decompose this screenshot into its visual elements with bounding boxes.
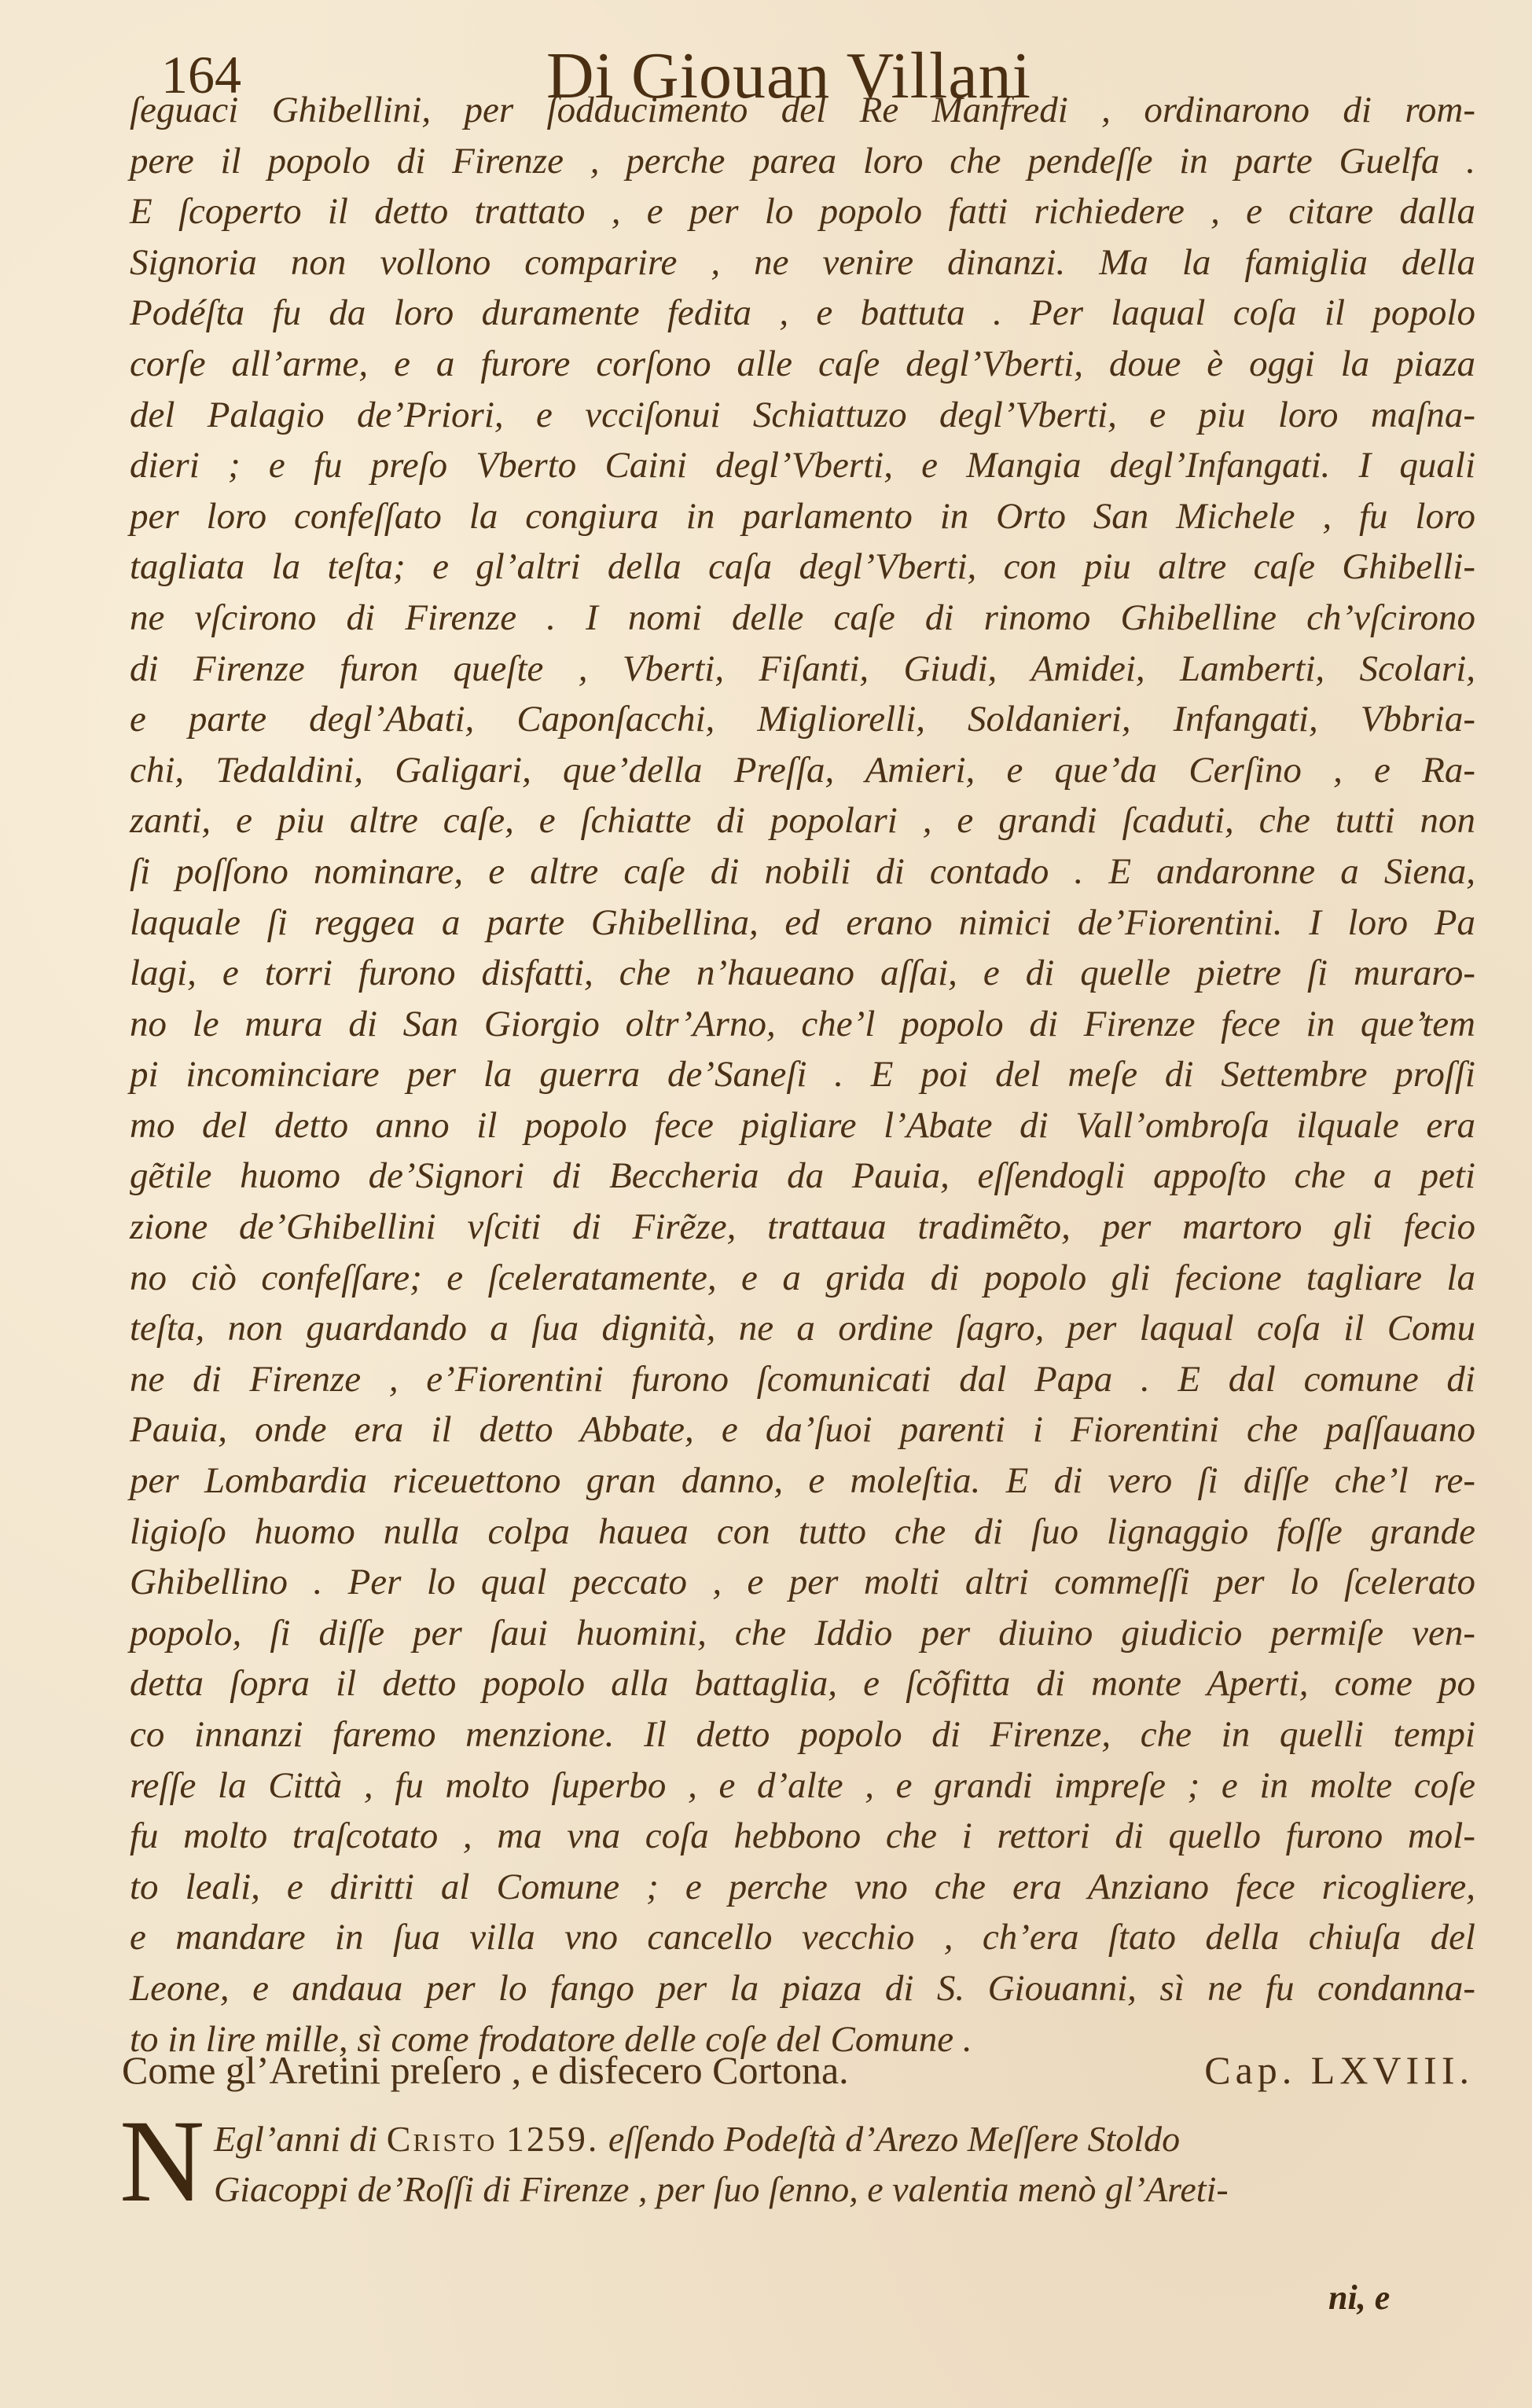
text-line: to leali, e diritti al Comune ; e perche… — [130, 1862, 1475, 1913]
text-line: Ghibellino . Per lo qual peccato , e per… — [130, 1557, 1475, 1608]
chapter-heading: Come gl’Aretini preſero , e disfecero Co… — [122, 2047, 1474, 2093]
text-line: fu molto traſcotato , ma vna coſa hebbon… — [130, 1811, 1475, 1862]
text-line: e parte degl’Abati, Caponſacchi, Miglior… — [130, 694, 1475, 745]
text-line: teſta, non guardando a ſua dignità, ne a… — [130, 1303, 1475, 1354]
paragraph-opening: Egl’anni di — [214, 2119, 377, 2159]
text-line: mo del detto anno il popolo fece pigliar… — [130, 1100, 1475, 1151]
text-line: Leone, e andaua per lo fango per la piaz… — [130, 1963, 1475, 2014]
year: 1259. — [506, 2119, 600, 2159]
chapter-number: Cap. LXVIII. — [1204, 2047, 1474, 2093]
text-line: zione de’Ghibellini vſciti di Firẽze, tr… — [130, 1202, 1475, 1253]
text-line: per loro confeſſato la congiura in parla… — [130, 491, 1475, 542]
text-line: pere il popolo di Firenze , perche parea… — [130, 136, 1475, 187]
text-line: ſi poſſono nominare, e altre caſe di nob… — [130, 846, 1475, 897]
chapter-paragraph: Egl’anni di Cristo 1259. eſſendo Podeſtà… — [214, 2114, 1471, 2215]
text-line: ne di Firenze , e’Fiorentini furono ſcom… — [130, 1354, 1475, 1405]
text-line: del Palagio de’Priori, e vcciſonui Schia… — [130, 390, 1475, 441]
text-line: reſſe la Città , fu molto ſuperbo , e d’… — [130, 1760, 1475, 1812]
text-line: laquale ſi reggea a parte Ghibellina, ed… — [130, 897, 1475, 949]
text-line: dieri ; e fu preſo Vberto Caini degl’Vbe… — [130, 440, 1475, 491]
text-line: per Lombardia riceuettono gran danno, e … — [130, 1455, 1475, 1507]
text-line: Podéſta fu da loro duramente fedita , e … — [130, 288, 1475, 339]
text-line: gẽtile huomo de’Signori di Beccheria da … — [130, 1151, 1475, 1202]
text-line: detta ſopra il detto popolo alla battagl… — [130, 1658, 1475, 1709]
text-line: no ciò confeſſare; e ſceleratamente, e a… — [130, 1253, 1475, 1304]
text-line: ligioſo huomo nulla colpa hauea con tutt… — [130, 1507, 1475, 1558]
paragraph-line-1: Egl’anni di Cristo 1259. eſſendo Podeſtà… — [214, 2114, 1471, 2164]
cristo-smallcaps: Cristo — [387, 2119, 498, 2159]
text-line: E ſcoperto il detto trattato , e per lo … — [130, 186, 1475, 237]
catchword: ni, e — [1328, 2278, 1390, 2318]
text-line: pi incominciare per la guerra de’Saneſi … — [130, 1049, 1475, 1100]
text-line: popolo, ſi diſſe per ſaui huomini, che I… — [130, 1608, 1475, 1659]
text-line: zanti, e piu altre caſe, e ſchiatte di p… — [130, 795, 1475, 846]
text-line: ſeguaci Ghibellini, per ſodducimento del… — [130, 85, 1475, 136]
text-line: Signoria non vollono comparire , ne veni… — [130, 237, 1475, 288]
text-line: di Firenze furon queſte , Vberti, Fiſant… — [130, 644, 1475, 695]
paragraph-line-1-rest: eſſendo Podeſtà d’Arezo Meſſere Stoldo — [608, 2119, 1180, 2159]
chapter-title: Come gl’Aretini preſero , e disfecero Co… — [122, 2047, 849, 2093]
book-page: 164 Di Giouan Villani ſeguaci Ghibellini… — [0, 0, 1532, 2408]
text-line: Pauia, onde era il detto Abbate, e da’ſu… — [130, 1404, 1475, 1455]
text-line: chi, Tedaldini, Galigari, que’della Preſ… — [130, 745, 1475, 796]
paragraph-line-2: Giacoppi de’Roſſi di Firenze , per ſuo ſ… — [214, 2164, 1471, 2215]
text-line: ne vſcirono di Firenze . I nomi delle ca… — [130, 593, 1475, 644]
text-line: lagi, e torri furono disfatti, che n’hau… — [130, 948, 1475, 999]
text-line: tagliata la teſta; e gl’altri della caſa… — [130, 541, 1475, 593]
text-line: no le mura di San Giorgio oltr’Arno, che… — [130, 999, 1475, 1050]
body-text: ſeguaci Ghibellini, per ſodducimento del… — [130, 85, 1475, 2065]
text-line: e mandare in ſua villa vno cancello vecc… — [130, 1912, 1475, 1963]
drop-cap: N — [119, 2102, 204, 2220]
text-line: corſe all’arme, e a furore corſono alle … — [130, 339, 1475, 390]
text-line: co innanzi faremo menzione. Il detto pop… — [130, 1709, 1475, 1760]
